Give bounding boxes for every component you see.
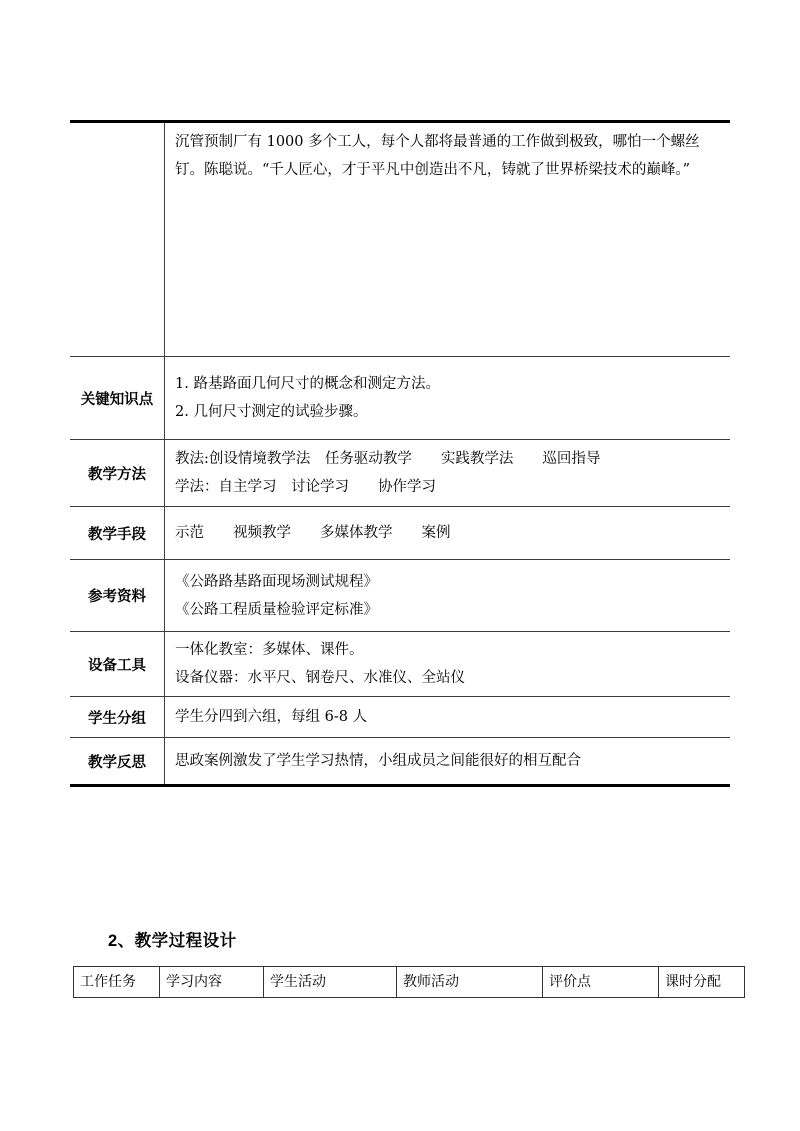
table-row-teaching-means: 教学手段 示范 视频教学 多媒体教学 案例 — [70, 506, 730, 559]
process-header-teacher-activity: 教师活动 — [396, 967, 542, 997]
content-line: 思政案例激发了学生学习热情，小组成员之间能很好的相互配合 — [175, 747, 722, 775]
table-row-case-text: 沉管预制厂有 1000 多个工人，每个人都将最普通的工作做到极致，哪怕一个螺丝钉… — [70, 123, 730, 356]
row-label: 设备工具 — [70, 632, 165, 696]
row-content: 思政案例激发了学生学习热情，小组成员之间能很好的相互配合 — [165, 738, 730, 784]
row-label: 参考资料 — [70, 560, 165, 631]
row-content: 示范 视频教学 多媒体教学 案例 — [165, 507, 730, 559]
process-design-table: 工作任务 学习内容 学生活动 教师活动 评价点 课时分配 — [73, 966, 745, 998]
table-row-teaching-methods: 教学方法 教法:创设情境教学法 任务驱动教学 实践教学法 巡回指导 学法：自主学… — [70, 439, 730, 506]
table-row-key-points: 关键知识点 1. 路基路面几何尺寸的概念和测定方法。 2. 几何尺寸测定的试验步… — [70, 356, 730, 439]
row-label: 教学反思 — [70, 738, 165, 784]
content-line: 《公路路基路面现场测试规程》 — [175, 568, 722, 596]
row-content: 一体化教室：多媒体、课件。 设备仪器：水平尺、钢卷尺、水准仪、全站仪 — [165, 632, 730, 696]
process-header-evaluation-point: 评价点 — [542, 967, 658, 997]
table-row-teaching-reflection: 教学反思 思政案例激发了学生学习热情，小组成员之间能很好的相互配合 — [70, 737, 730, 784]
table-row-references: 参考资料 《公路路基路面现场测试规程》 《公路工程质量检验评定标准》 — [70, 559, 730, 631]
row-label: 关键知识点 — [70, 357, 165, 439]
row-content: 《公路路基路面现场测试规程》 《公路工程质量检验评定标准》 — [165, 560, 730, 631]
lesson-plan-table: 沉管预制厂有 1000 多个工人，每个人都将最普通的工作做到极致，哪怕一个螺丝钉… — [70, 120, 730, 787]
content-line: 一体化教室：多媒体、课件。 — [175, 636, 722, 664]
table-row-equipment: 设备工具 一体化教室：多媒体、课件。 设备仪器：水平尺、钢卷尺、水准仪、全站仪 — [70, 631, 730, 696]
content-line: 学生分四到六组，每组 6-8 人 — [175, 703, 722, 731]
row-content: 教法:创设情境教学法 任务驱动教学 实践教学法 巡回指导 学法：自主学习 讨论学… — [165, 440, 730, 506]
content-line: 设备仪器：水平尺、钢卷尺、水准仪、全站仪 — [175, 664, 722, 692]
row-label: 教学手段 — [70, 507, 165, 559]
row-content: 1. 路基路面几何尺寸的概念和测定方法。 2. 几何尺寸测定的试验步骤。 — [165, 357, 730, 439]
process-header-student-activity: 学生活动 — [263, 967, 396, 997]
content-line: 《公路工程质量检验评定标准》 — [175, 596, 722, 624]
row-label: 教学方法 — [70, 440, 165, 506]
content-line: 教法:创设情境教学法 任务驱动教学 实践教学法 巡回指导 — [175, 445, 722, 473]
content-line: 示范 视频教学 多媒体教学 案例 — [175, 519, 722, 547]
row-content: 学生分四到六组，每组 6-8 人 — [165, 697, 730, 737]
content-paragraph: 沉管预制厂有 1000 多个工人，每个人都将最普通的工作做到极致，哪怕一个螺丝钉… — [175, 128, 700, 184]
document-page: 沉管预制厂有 1000 多个工人，每个人都将最普通的工作做到极致，哪怕一个螺丝钉… — [0, 0, 800, 1131]
row-label-empty — [70, 123, 165, 356]
content-line: 学法：自主学习 讨论学习 协作学习 — [175, 473, 722, 501]
section-heading: 2、教学过程设计 — [108, 927, 237, 951]
process-header-class-hours: 课时分配 — [658, 967, 744, 997]
process-header-work-task: 工作任务 — [74, 967, 159, 997]
content-line: 2. 几何尺寸测定的试验步骤。 — [175, 398, 722, 426]
table-row-student-grouping: 学生分组 学生分四到六组，每组 6-8 人 — [70, 696, 730, 737]
row-label: 学生分组 — [70, 697, 165, 737]
content-line: 1. 路基路面几何尺寸的概念和测定方法。 — [175, 370, 722, 398]
process-header-learning-content: 学习内容 — [159, 967, 263, 997]
row-content: 沉管预制厂有 1000 多个工人，每个人都将最普通的工作做到极致，哪怕一个螺丝钉… — [165, 123, 730, 356]
